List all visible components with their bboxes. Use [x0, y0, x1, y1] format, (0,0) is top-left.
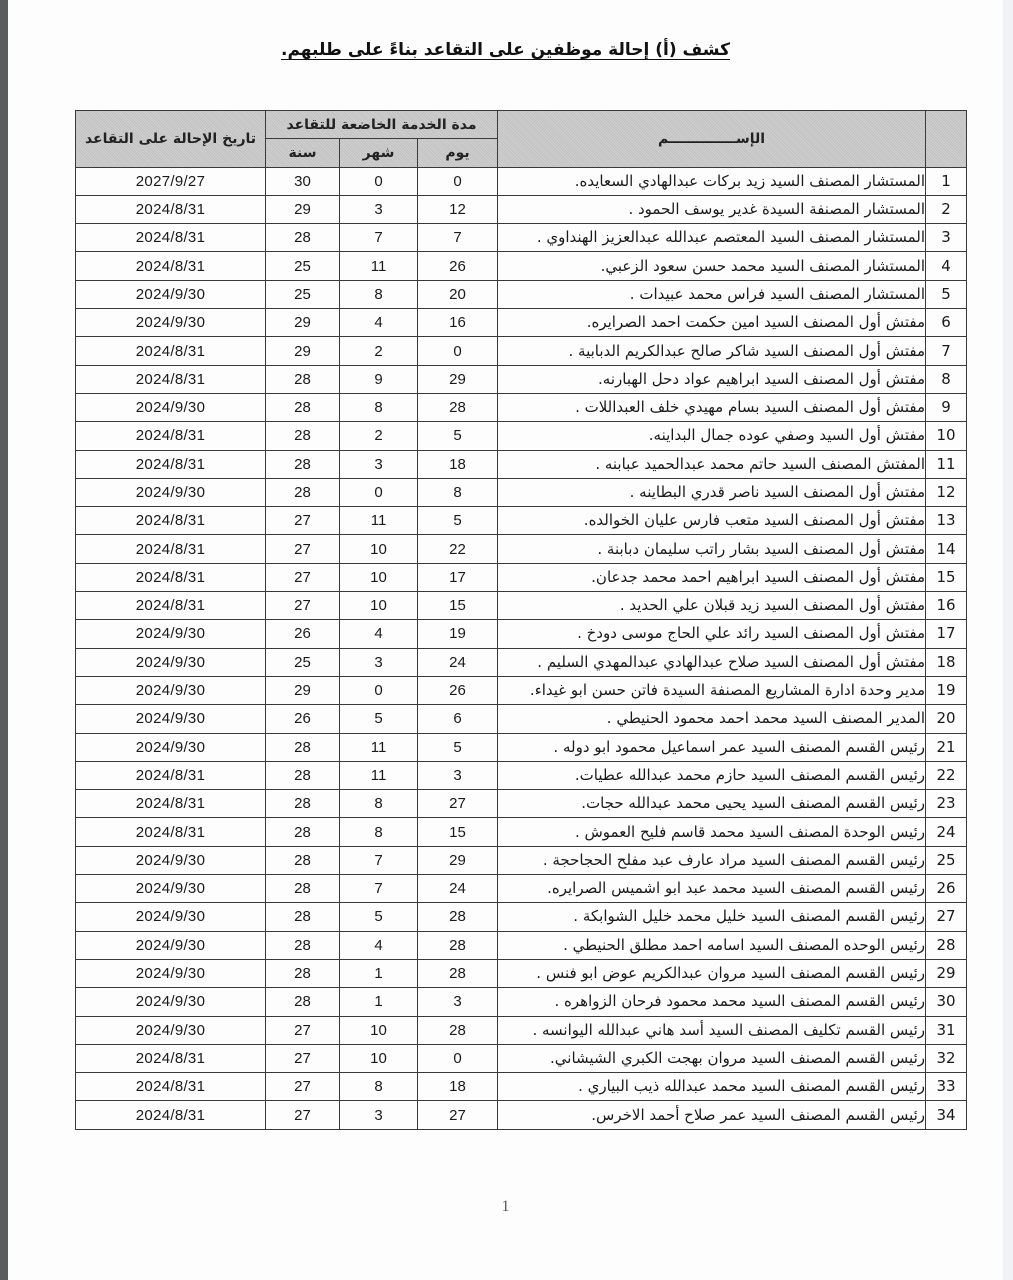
table-row: 11المفتش المصنف السيد حاتم محمد عبدالحمي…: [76, 450, 967, 478]
row-number: 32: [926, 1044, 967, 1072]
service-days: 22: [418, 535, 498, 563]
service-years: 28: [266, 903, 340, 931]
service-years: 28: [266, 450, 340, 478]
service-years: 28: [266, 224, 340, 252]
retirement-date: 2024/9/30: [76, 875, 266, 903]
table-row: 24رئيس الوحدة المصنف السيد محمد قاسم فلي…: [76, 818, 967, 846]
employee-name: مدير وحدة ادارة المشاريع المصنفة السيدة …: [498, 676, 926, 704]
service-days: 6: [418, 705, 498, 733]
row-number: 26: [926, 875, 967, 903]
service-years: 27: [266, 592, 340, 620]
row-number: 11: [926, 450, 967, 478]
retirement-date: 2024/9/30: [76, 280, 266, 308]
service-days: 27: [418, 790, 498, 818]
service-months: 9: [340, 365, 418, 393]
service-months: 4: [340, 309, 418, 337]
row-number: 17: [926, 620, 967, 648]
retirement-date: 2024/8/31: [76, 1044, 266, 1072]
service-months: 10: [340, 1044, 418, 1072]
employee-name: مفتش أول المصنف السيد رائد علي الحاج موس…: [498, 620, 926, 648]
service-years: 25: [266, 280, 340, 308]
service-days: 0: [418, 1044, 498, 1072]
employee-name: رئيس الوحده المصنف السيد اسامه احمد مطلق…: [498, 931, 926, 959]
service-months: 8: [340, 280, 418, 308]
employee-name: رئيس القسم المصنف السيد حازم محمد عبدالل…: [498, 761, 926, 789]
table-row: 29رئيس القسم المصنف السيد مروان عبدالكري…: [76, 959, 967, 987]
service-months: 7: [340, 224, 418, 252]
table-row: 19مدير وحدة ادارة المشاريع المصنفة السيد…: [76, 676, 967, 704]
table-row: 30رئيس القسم المصنف السيد محمد محمود فرح…: [76, 988, 967, 1016]
retirement-date: 2024/8/31: [76, 818, 266, 846]
retirement-date: 2024/9/30: [76, 309, 266, 337]
employee-name: مفتش أول السيد وصفي عوده جمال البداينه.: [498, 422, 926, 450]
row-number: 25: [926, 846, 967, 874]
service-years: 27: [266, 535, 340, 563]
service-days: 0: [418, 337, 498, 365]
row-number: 16: [926, 592, 967, 620]
service-days: 20: [418, 280, 498, 308]
row-number: 18: [926, 648, 967, 676]
service-years: 27: [266, 1044, 340, 1072]
service-months: 5: [340, 903, 418, 931]
employee-name: مفتش أول المصنف السيد ابراهيم احمد محمد …: [498, 563, 926, 591]
scan-right-edge: [1003, 0, 1013, 1280]
service-months: 10: [340, 535, 418, 563]
service-months: 8: [340, 1073, 418, 1101]
table-row: 2المستشار المصنفة السيدة غدير يوسف الحمو…: [76, 195, 967, 223]
header-day: يوم: [418, 139, 498, 167]
row-number: 29: [926, 959, 967, 987]
service-years: 29: [266, 676, 340, 704]
service-years: 29: [266, 195, 340, 223]
service-years: 28: [266, 393, 340, 421]
row-number: 24: [926, 818, 967, 846]
employee-name: المستشار المصنف السيد المعتصم عبدالله عب…: [498, 224, 926, 252]
service-days: 28: [418, 393, 498, 421]
row-number: 3: [926, 224, 967, 252]
service-years: 28: [266, 988, 340, 1016]
page-number: 1: [8, 1198, 1003, 1216]
document-title: كشف (أ) إحالة موظفين على التقاعد بناءً ع…: [8, 40, 1003, 60]
table-row: 28رئيس الوحده المصنف السيد اسامه احمد مط…: [76, 931, 967, 959]
employee-name: مفتش أول المصنف السيد ابراهيم عواد دحل ا…: [498, 365, 926, 393]
employee-name: مفتش أول المصنف السيد بسام مهيدي خلف الع…: [498, 393, 926, 421]
row-number: 31: [926, 1016, 967, 1044]
employee-name: رئيس القسم المصنف السيد مروان عبدالكريم …: [498, 959, 926, 987]
service-years: 26: [266, 620, 340, 648]
service-years: 28: [266, 478, 340, 506]
header-retirement-date: تاريخ الإحالة على التقاعد: [76, 111, 266, 168]
retirement-date: 2024/9/30: [76, 393, 266, 421]
employee-name: المستشار المصنف السيد زيد بركات عبدالهاد…: [498, 167, 926, 195]
row-number: 10: [926, 422, 967, 450]
retirement-date: 2024/8/31: [76, 365, 266, 393]
table-row: 1المستشار المصنف السيد زيد بركات عبدالها…: [76, 167, 967, 195]
employee-name: مفتش أول المصنف السيد بشار راتب سليمان د…: [498, 535, 926, 563]
service-days: 18: [418, 450, 498, 478]
service-years: 26: [266, 705, 340, 733]
table-row: 25رئيس القسم المصنف السيد مراد عارف عبد …: [76, 846, 967, 874]
service-years: 30: [266, 167, 340, 195]
service-days: 17: [418, 563, 498, 591]
service-years: 28: [266, 761, 340, 789]
table-row: 20المدير المصنف السيد محمد احمد محمود ال…: [76, 705, 967, 733]
retirement-date: 2024/9/30: [76, 988, 266, 1016]
table-row: 3المستشار المصنف السيد المعتصم عبدالله ع…: [76, 224, 967, 252]
service-days: 3: [418, 761, 498, 789]
row-number: 14: [926, 535, 967, 563]
table-row: 9مفتش أول المصنف السيد بسام مهيدي خلف ال…: [76, 393, 967, 421]
retirement-date: 2024/8/31: [76, 592, 266, 620]
employee-name: المستشار المصنفة السيدة غدير يوسف الحمود…: [498, 195, 926, 223]
table-row: 13مفتش أول المصنف السيد متعب فارس عليان …: [76, 507, 967, 535]
row-number: 22: [926, 761, 967, 789]
service-days: 24: [418, 875, 498, 903]
service-days: 16: [418, 309, 498, 337]
employee-name: رئيس القسم المصنف السيد مروان بهجت الكبر…: [498, 1044, 926, 1072]
table-row: 32رئيس القسم المصنف السيد مروان بهجت الك…: [76, 1044, 967, 1072]
service-days: 5: [418, 733, 498, 761]
service-years: 28: [266, 733, 340, 761]
table-row: 7مفتش أول المصنف السيد شاكر صالح عبدالكر…: [76, 337, 967, 365]
service-months: 10: [340, 1016, 418, 1044]
row-number: 23: [926, 790, 967, 818]
row-number: 8: [926, 365, 967, 393]
row-number: 28: [926, 931, 967, 959]
row-number: 4: [926, 252, 967, 280]
table-body: 1المستشار المصنف السيد زيد بركات عبدالها…: [76, 167, 967, 1129]
row-number: 20: [926, 705, 967, 733]
table-row: 12مفتش أول المصنف السيد ناصر قدري البطاي…: [76, 478, 967, 506]
service-months: 3: [340, 195, 418, 223]
retirement-date: 2024/8/31: [76, 1073, 266, 1101]
retirement-date: 2024/9/30: [76, 676, 266, 704]
service-months: 8: [340, 790, 418, 818]
retirement-date: 2024/8/31: [76, 507, 266, 535]
employee-name: رئيس القسم المصنف السيد محمد عبد ابو اشم…: [498, 875, 926, 903]
service-months: 4: [340, 931, 418, 959]
table-row: 10مفتش أول السيد وصفي عوده جمال البداينه…: [76, 422, 967, 450]
retirement-date: 2024/9/30: [76, 931, 266, 959]
service-months: 2: [340, 337, 418, 365]
service-months: 7: [340, 875, 418, 903]
service-months: 11: [340, 761, 418, 789]
row-number: 15: [926, 563, 967, 591]
retirement-date: 2024/9/30: [76, 705, 266, 733]
table-row: 18مفتش أول المصنف السيد صلاح عبدالهادي ع…: [76, 648, 967, 676]
retirement-date: 2024/8/31: [76, 535, 266, 563]
row-number: 12: [926, 478, 967, 506]
employee-name: مفتش أول المصنف السيد زيد قبلان علي الحد…: [498, 592, 926, 620]
header-service-period: مدة الخدمة الخاضعة للتقاعد: [266, 111, 498, 139]
retirement-date: 2024/8/31: [76, 252, 266, 280]
service-days: 28: [418, 903, 498, 931]
employee-name: رئيس القسم المصنف السيد خليل محمد خليل ا…: [498, 903, 926, 931]
service-years: 27: [266, 1073, 340, 1101]
table-row: 6مفتش أول المصنف السيد امين حكمت احمد ال…: [76, 309, 967, 337]
retirement-date: 2024/8/31: [76, 224, 266, 252]
retirement-date: 2024/8/31: [76, 450, 266, 478]
service-months: 0: [340, 676, 418, 704]
service-days: 27: [418, 1101, 498, 1129]
service-days: 28: [418, 959, 498, 987]
service-months: 2: [340, 422, 418, 450]
service-months: 10: [340, 592, 418, 620]
row-number: 6: [926, 309, 967, 337]
employee-name: رئيس الوحدة المصنف السيد محمد قاسم فليح …: [498, 818, 926, 846]
table-row: 16مفتش أول المصنف السيد زيد قبلان علي ال…: [76, 592, 967, 620]
row-number: 19: [926, 676, 967, 704]
service-days: 19: [418, 620, 498, 648]
service-months: 11: [340, 507, 418, 535]
service-days: 29: [418, 846, 498, 874]
row-number: 13: [926, 507, 967, 535]
employee-name: رئيس القسم المصنف السيد عمر صلاح أحمد ال…: [498, 1101, 926, 1129]
retirement-date: 2024/9/30: [76, 846, 266, 874]
table-row: 4المستشار المصنف السيد محمد حسن سعود الز…: [76, 252, 967, 280]
service-years: 29: [266, 337, 340, 365]
service-years: 28: [266, 931, 340, 959]
service-years: 29: [266, 309, 340, 337]
service-years: 28: [266, 790, 340, 818]
retirement-date: 2024/9/30: [76, 620, 266, 648]
table-row: 26رئيس القسم المصنف السيد محمد عبد ابو ا…: [76, 875, 967, 903]
row-number: 5: [926, 280, 967, 308]
service-months: 0: [340, 478, 418, 506]
employee-name: رئيس القسم المصنف السيد يحيى محمد عبدالل…: [498, 790, 926, 818]
retirement-date: 2024/9/30: [76, 1016, 266, 1044]
employee-name: المستشار المصنف السيد محمد حسن سعود الزع…: [498, 252, 926, 280]
service-days: 28: [418, 1016, 498, 1044]
row-number: 30: [926, 988, 967, 1016]
table-row: 33رئيس القسم المصنف السيد محمد عبدالله ذ…: [76, 1073, 967, 1101]
service-days: 12: [418, 195, 498, 223]
service-months: 7: [340, 846, 418, 874]
service-years: 28: [266, 818, 340, 846]
employee-name: مفتش أول المصنف السيد صلاح عبدالهادي عبد…: [498, 648, 926, 676]
employee-name: المدير المصنف السيد محمد احمد محمود الحن…: [498, 705, 926, 733]
service-years: 28: [266, 422, 340, 450]
service-months: 4: [340, 620, 418, 648]
retirement-date: 2024/8/31: [76, 337, 266, 365]
retirement-date: 2024/9/30: [76, 903, 266, 931]
retirement-date: 2024/8/31: [76, 761, 266, 789]
service-months: 1: [340, 959, 418, 987]
employee-name: رئيس القسم تكليف المصنف السيد أسد هاني ع…: [498, 1016, 926, 1044]
retirement-date: 2024/8/31: [76, 563, 266, 591]
service-years: 25: [266, 648, 340, 676]
service-months: 11: [340, 733, 418, 761]
service-days: 15: [418, 592, 498, 620]
table-row: 14مفتش أول المصنف السيد بشار راتب سليمان…: [76, 535, 967, 563]
service-years: 28: [266, 959, 340, 987]
employee-name: رئيس القسم المصنف السيد محمد محمود فرحان…: [498, 988, 926, 1016]
row-number: 21: [926, 733, 967, 761]
service-days: 3: [418, 988, 498, 1016]
employee-name: مفتش أول المصنف السيد ناصر قدري البطاينه…: [498, 478, 926, 506]
row-number: 33: [926, 1073, 967, 1101]
service-days: 7: [418, 224, 498, 252]
service-days: 24: [418, 648, 498, 676]
service-days: 5: [418, 422, 498, 450]
service-years: 28: [266, 365, 340, 393]
retirement-date: 2024/8/31: [76, 1101, 266, 1129]
retirement-date: 2027/9/27: [76, 167, 266, 195]
row-number: 27: [926, 903, 967, 931]
retirement-table: الإســــــــــــــم مدة الخدمة الخاضعة ل…: [75, 110, 967, 1130]
service-days: 28: [418, 931, 498, 959]
retirement-date: 2024/9/30: [76, 648, 266, 676]
table-row: 31رئيس القسم تكليف المصنف السيد أسد هاني…: [76, 1016, 967, 1044]
retirement-date: 2024/8/31: [76, 195, 266, 223]
table-row: 5المستشار المصنف السيد فراس محمد عبيدات …: [76, 280, 967, 308]
service-years: 27: [266, 507, 340, 535]
header-month: شهر: [340, 139, 418, 167]
table-row: 34رئيس القسم المصنف السيد عمر صلاح أحمد …: [76, 1101, 967, 1129]
service-days: 15: [418, 818, 498, 846]
service-days: 0: [418, 167, 498, 195]
service-years: 28: [266, 875, 340, 903]
employee-name: رئيس القسم المصنف السيد محمد عبدالله ذيب…: [498, 1073, 926, 1101]
retirement-date: 2024/8/31: [76, 790, 266, 818]
scan-left-edge: [0, 0, 8, 1280]
row-number: 7: [926, 337, 967, 365]
employee-name: مفتش أول المصنف السيد متعب فارس عليان ال…: [498, 507, 926, 535]
retirement-date: 2024/9/30: [76, 959, 266, 987]
row-number: 9: [926, 393, 967, 421]
table-row: 15مفتش أول المصنف السيد ابراهيم احمد محم…: [76, 563, 967, 591]
employee-name: رئيس القسم المصنف السيد عمر اسماعيل محمو…: [498, 733, 926, 761]
service-years: 27: [266, 1016, 340, 1044]
service-months: 8: [340, 818, 418, 846]
header-name: الإســــــــــــــم: [498, 111, 926, 168]
employee-name: مفتش أول المصنف السيد شاكر صالح عبدالكري…: [498, 337, 926, 365]
table-row: 21رئيس القسم المصنف السيد عمر اسماعيل مح…: [76, 733, 967, 761]
service-months: 0: [340, 167, 418, 195]
employee-name: المفتش المصنف السيد حاتم محمد عبدالحميد …: [498, 450, 926, 478]
service-days: 8: [418, 478, 498, 506]
document-page: كشف (أ) إحالة موظفين على التقاعد بناءً ع…: [8, 0, 1003, 1280]
service-months: 8: [340, 393, 418, 421]
table-row: 8مفتش أول المصنف السيد ابراهيم عواد دحل …: [76, 365, 967, 393]
service-years: 28: [266, 846, 340, 874]
service-years: 27: [266, 563, 340, 591]
service-months: 1: [340, 988, 418, 1016]
service-months: 10: [340, 563, 418, 591]
row-number: 1: [926, 167, 967, 195]
employee-name: مفتش أول المصنف السيد امين حكمت احمد الص…: [498, 309, 926, 337]
service-days: 26: [418, 676, 498, 704]
row-number: 34: [926, 1101, 967, 1129]
service-months: 5: [340, 705, 418, 733]
employee-name: المستشار المصنف السيد فراس محمد عبيدات .: [498, 280, 926, 308]
service-days: 29: [418, 365, 498, 393]
service-days: 26: [418, 252, 498, 280]
retirement-date: 2024/8/31: [76, 422, 266, 450]
service-days: 18: [418, 1073, 498, 1101]
table-row: 17مفتش أول المصنف السيد رائد علي الحاج م…: [76, 620, 967, 648]
retirement-date: 2024/9/30: [76, 733, 266, 761]
service-months: 11: [340, 252, 418, 280]
service-months: 3: [340, 648, 418, 676]
service-months: 3: [340, 450, 418, 478]
service-months: 3: [340, 1101, 418, 1129]
header-year: سنة: [266, 139, 340, 167]
table-row: 22رئيس القسم المصنف السيد حازم محمد عبدا…: [76, 761, 967, 789]
retirement-date: 2024/9/30: [76, 478, 266, 506]
table-row: 23رئيس القسم المصنف السيد يحيى محمد عبدا…: [76, 790, 967, 818]
table-row: 27رئيس القسم المصنف السيد خليل محمد خليل…: [76, 903, 967, 931]
row-number: 2: [926, 195, 967, 223]
employee-name: رئيس القسم المصنف السيد مراد عارف عبد مف…: [498, 846, 926, 874]
header-number: [926, 111, 967, 168]
service-years: 25: [266, 252, 340, 280]
service-years: 27: [266, 1101, 340, 1129]
service-days: 5: [418, 507, 498, 535]
